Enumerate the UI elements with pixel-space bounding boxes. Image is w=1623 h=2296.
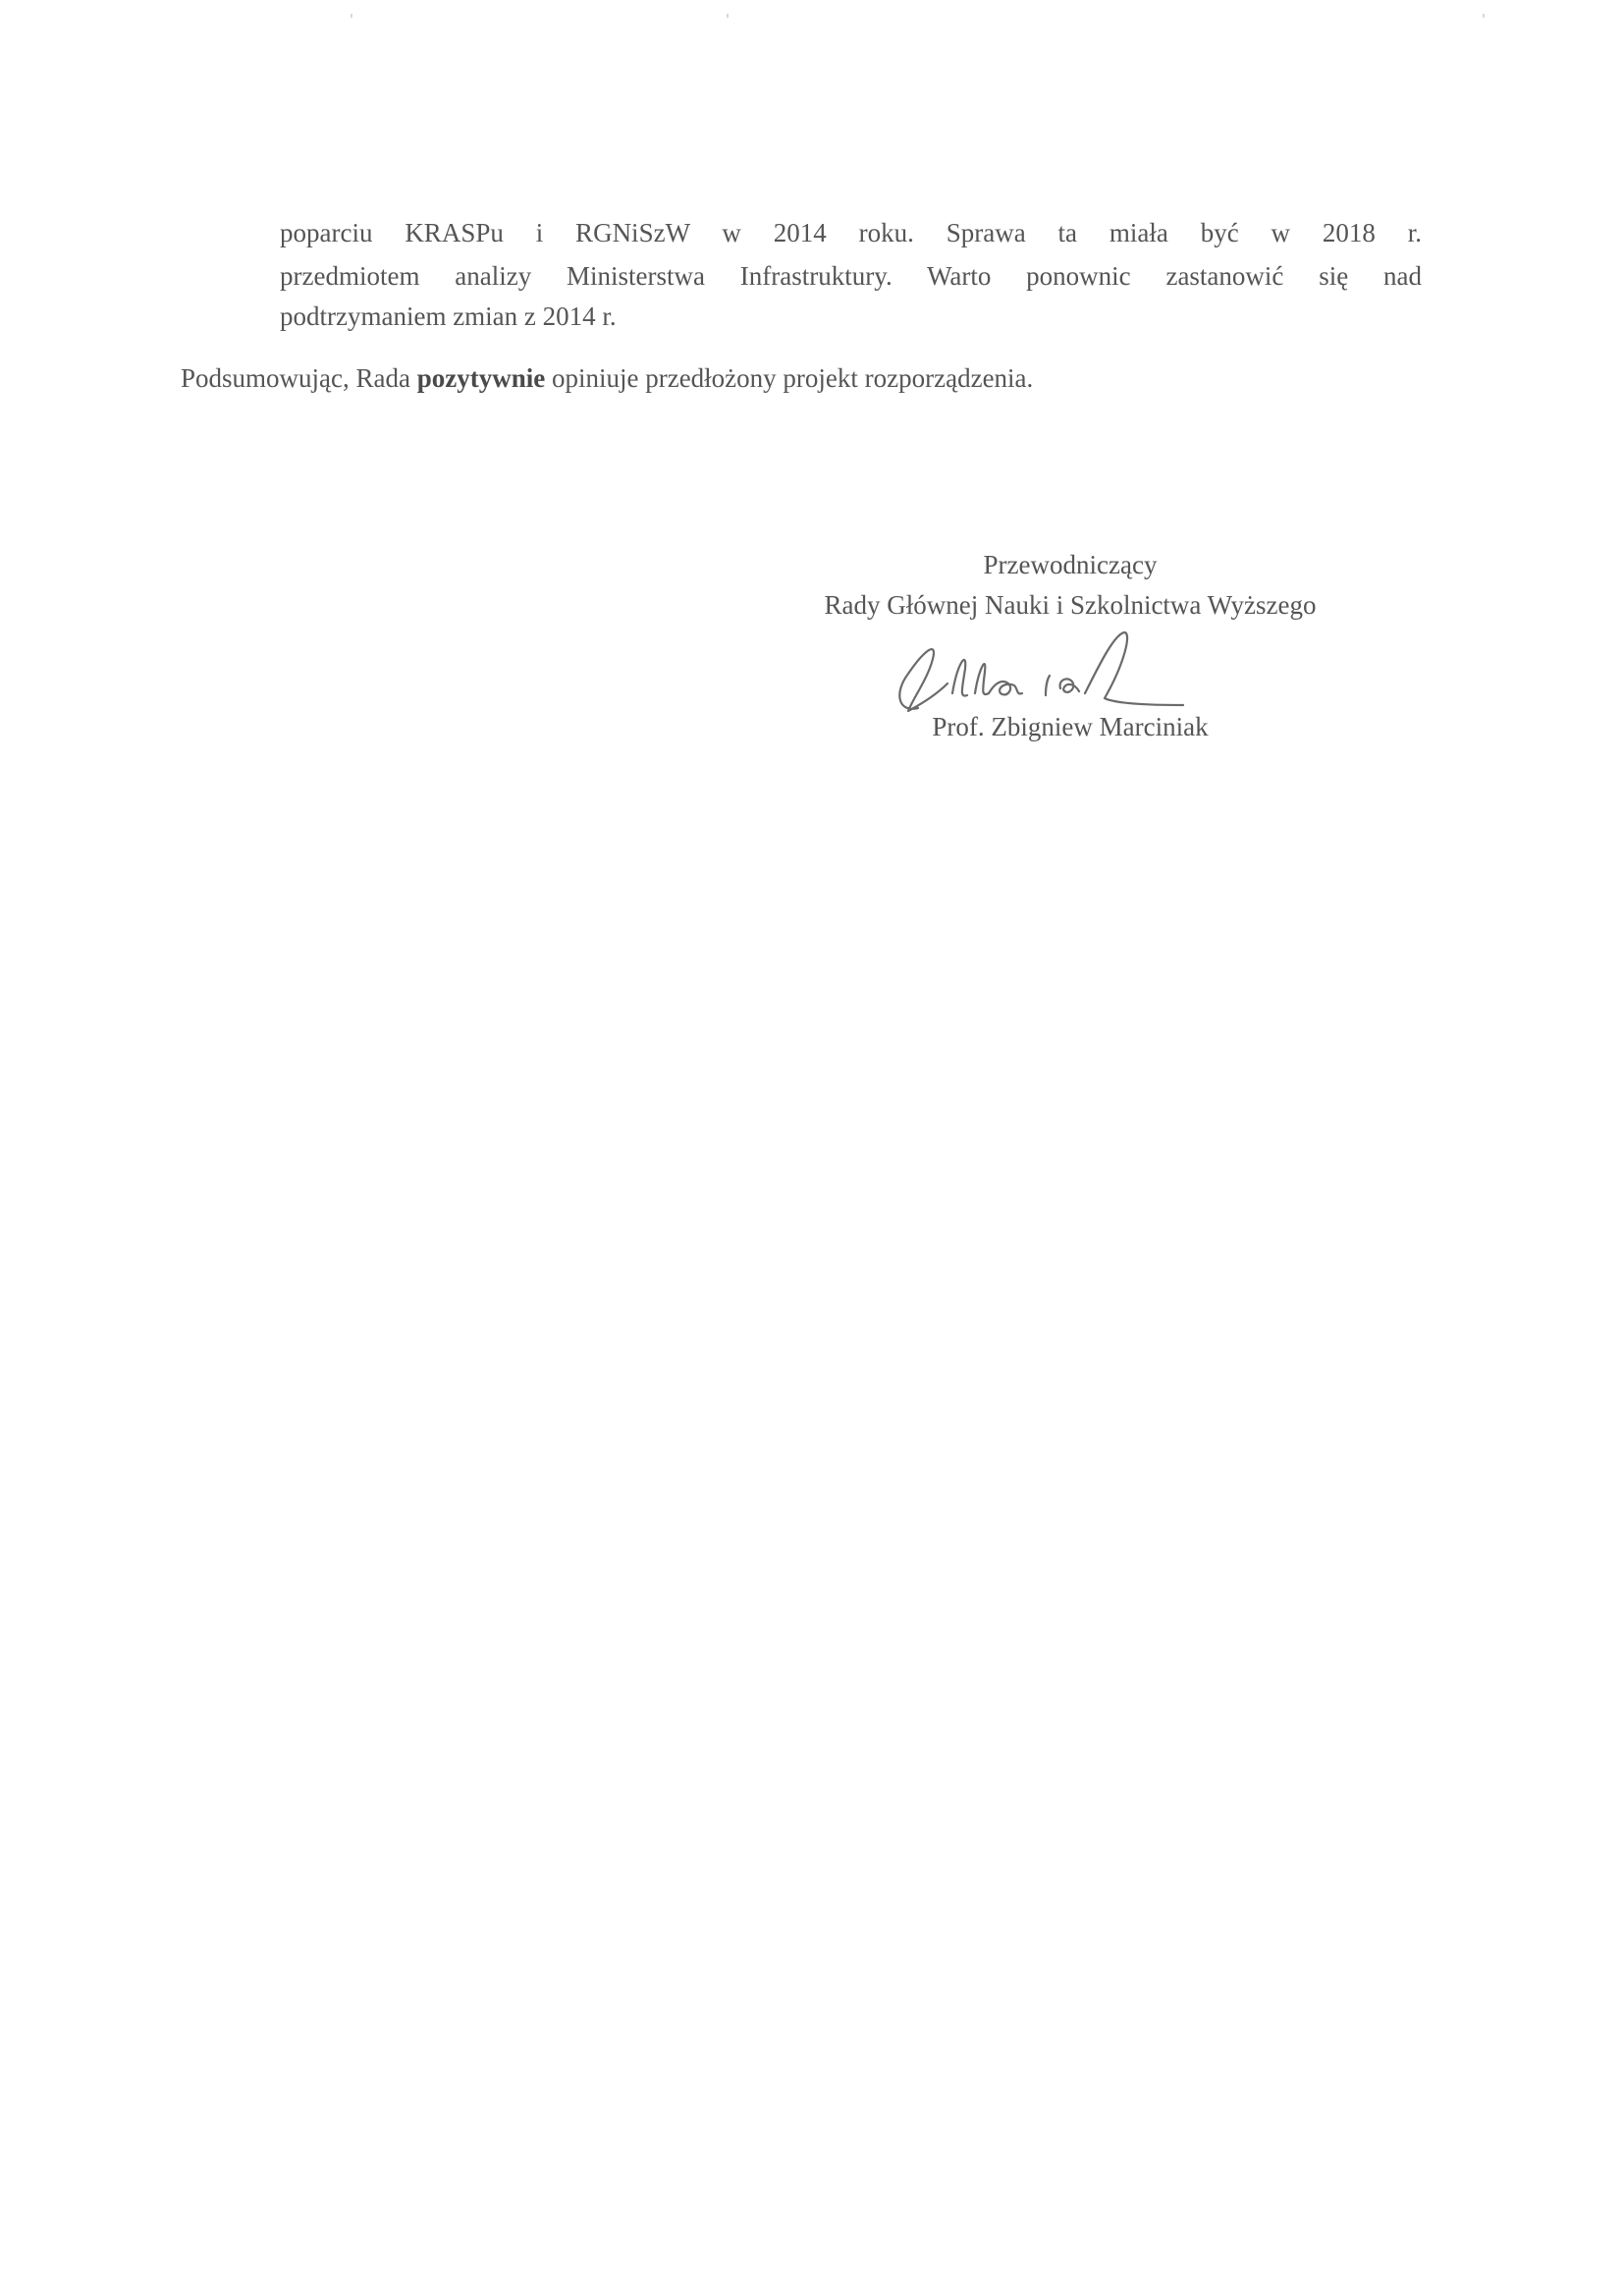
- summary-text-end: opiniuje przedłożony projekt rozporządze…: [545, 363, 1033, 393]
- signature-organization: Rady Głównej Nauki i Szkolnictwa Wyższeg…: [746, 592, 1394, 619]
- paragraph-1-line-2: przedmiotem analizy Ministerstwa Infrast…: [280, 263, 1422, 290]
- handwritten-signature: [879, 625, 1271, 723]
- document-page: poparciu KRASPu i RGNiSzW w 2014 roku. S…: [0, 0, 1623, 2296]
- paragraph-1-line-3: podtrzymaniem zmian z 2014 r.: [280, 303, 617, 330]
- scan-artifact: [727, 14, 729, 18]
- summary-paragraph: Podsumowując, Rada pozytywnie opiniuje p…: [181, 365, 1033, 392]
- scan-artifact: [1483, 14, 1485, 18]
- scan-artifact: [351, 14, 352, 18]
- signatory-name: Prof. Zbigniew Marciniak: [746, 714, 1394, 740]
- signatory-name-block: Prof. Zbigniew Marciniak: [746, 714, 1394, 740]
- summary-text-start: Podsumowując, Rada: [181, 363, 417, 393]
- paragraph-1-line-1: poparciu KRASPu i RGNiSzW w 2014 roku. S…: [280, 220, 1422, 246]
- chairman-title: Przewodniczący: [746, 552, 1394, 578]
- summary-bold-word: pozytywnie: [417, 363, 546, 393]
- organization-name: Rady Głównej Nauki i Szkolnictwa Wyższeg…: [746, 592, 1394, 619]
- signature-title: Przewodniczący: [746, 552, 1394, 578]
